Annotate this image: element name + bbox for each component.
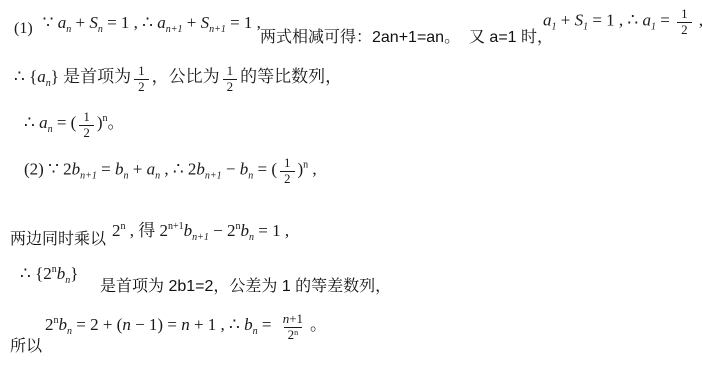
math-solution-document: (1)∵ an + Sn = 1 , ∴ an+1 + Sn+1 = 1 , 两… [0,0,702,368]
math-token: = ( [53,113,77,132]
math-token: b [72,159,81,178]
fraction-numerator: n+1 [279,312,307,327]
math-token: n+1 [205,170,222,181]
math-token: S [201,13,210,32]
math-token: n+1 [209,24,226,35]
solution-line-2-geometric-sequence: ∴ {an} 是首项为12，公比为12的等比数列， [14,62,342,94]
math-token: + [557,10,575,29]
math-token: n [181,315,190,334]
formula-an-result: ∴ an = (12)n。 [24,108,125,140]
math-token: , 得 2 [126,221,169,240]
math-token: = 1 , ∴ [103,13,157,32]
math-token: 2 [227,79,234,94]
math-token: a [37,67,46,86]
math-token: + [71,13,89,32]
math-token: b [57,264,66,283]
math-token: } 是首项为 [51,67,131,86]
math-token: n [294,328,298,337]
fraction: 12 [79,110,94,141]
math-token: 2 [45,315,54,334]
math-token: 。 [310,315,327,334]
math-token: 2 [284,171,291,186]
fraction-denominator: 2 [79,125,94,141]
math-token: S [89,13,98,32]
fraction: n+12n [279,312,307,343]
math-token: a [157,13,166,32]
math-token: b [240,221,249,240]
math-token: a [543,10,552,29]
math-token: ∴ [24,113,39,132]
math-token: a [147,159,156,178]
fraction: 12 [280,156,295,187]
math-token: n+1 [192,232,209,243]
math-token: ∴ {2 [20,264,52,283]
math-token: , [308,159,317,178]
math-token: a [643,10,652,29]
step-1-label: (1) [14,20,33,38]
math-token: ∵ [43,13,58,32]
fraction-denominator: 2 [134,79,149,95]
math-token: = ( [253,159,277,178]
math-token: 2 [138,79,145,94]
math-token: 2 [681,22,688,37]
math-token: 1 [83,109,90,124]
math-token: 1 [227,63,234,78]
math-token: n+1 [80,170,97,181]
math-token: = [97,159,115,178]
math-token: + [182,13,200,32]
math-token: b [184,221,193,240]
formula-bn-result: 2nbn = 2 + (n − 1) = n + 1 , ∴ bn = n+12… [45,310,327,342]
math-token: = 2 + ( [72,315,122,334]
math-token: − 1) = [131,315,181,334]
math-token: = 1 , [226,13,261,32]
math-token: b [240,159,249,178]
math-token: + [128,159,146,178]
math-token: = 1 , ∴ [588,10,642,29]
math-token: n+1 [168,221,184,232]
math-token: ，公比为 [152,67,220,86]
math-token: 1 [138,63,145,78]
line-7-plain-text: 所以 [10,333,42,356]
fraction-numerator: 1 [280,156,295,171]
math-token: − 2 [209,221,236,240]
line-6-plain-text: 是首项为 2b1=2，公差为 1 的等差数列， [100,273,391,296]
fraction-numerator: 1 [134,64,149,79]
math-token: , ∴ 2 [160,159,196,178]
formula-multiply-by-2n: 2n , 得 2n+1bn+1 − 2nbn = 1 , [112,216,289,243]
math-token: b [196,159,205,178]
fraction-numerator: 1 [223,64,238,79]
fraction: 12 [677,7,692,38]
math-token: b [244,315,253,334]
math-token: ∴ { [14,67,37,86]
fraction: 12 [223,64,238,95]
fraction-denominator: 2n [284,327,303,343]
math-token: 2 [83,125,90,140]
fraction-numerator: 1 [677,7,692,22]
math-token: = 1 , [254,221,289,240]
math-token: +1 [289,311,303,326]
math-token: , [695,10,702,29]
fraction-numerator: 1 [79,110,94,125]
fraction: 12 [134,64,149,95]
math-token: S [575,10,584,29]
math-token: = [656,10,674,29]
math-token: 1 [284,155,291,170]
math-token: 1 [681,6,688,21]
math-token: − [222,159,240,178]
math-token: 2 [112,221,121,240]
math-token: (2) ∵ 2 [24,159,72,178]
line-1-plain-text: 两式相减可得：2an+1=an。 又 a=1 时， [260,24,553,47]
math-token: b [59,315,68,334]
math-token: a [39,113,48,132]
formula-an-plus-sn: ∵ an + Sn = 1 , ∴ an+1 + Sn+1 = 1 , [43,13,261,32]
solution-line-4-step-2: (2) ∵ 2bn+1 = bn + an , ∴ 2bn+1 − bn = (… [24,155,317,186]
solution-line-1: (1)∵ an + Sn = 1 , ∴ an+1 + Sn+1 = 1 , [14,13,261,35]
math-token: + 1 , ∴ [190,315,244,334]
math-token: } [70,264,78,283]
math-token: 。 [108,113,125,132]
fraction-denominator: 2 [280,171,295,187]
math-token: a [58,13,67,32]
line-5-plain-text: 两边同时乘以 [10,226,106,249]
fraction-denominator: 2 [223,79,238,95]
math-token: 的等比数列， [240,67,342,86]
math-token: n [122,315,131,334]
math-token: = [258,315,276,334]
fraction-denominator: 2 [677,22,692,38]
formula-a1-value: a1 + S1 = 1 , ∴ a1 = 12 , [543,6,702,37]
formula-2nbn-sequence: ∴ {2nbn} [20,264,78,286]
math-token: n+1 [166,24,183,35]
